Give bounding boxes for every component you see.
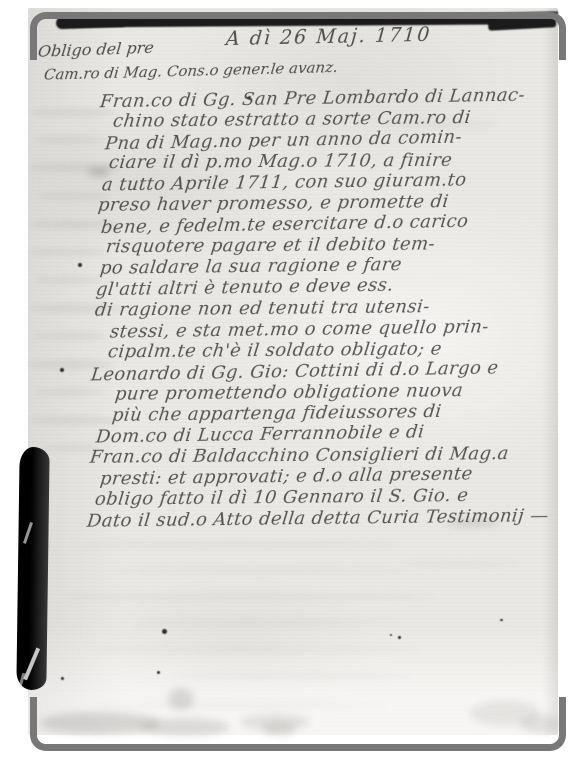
ghost-bleedthrough-mark (28, 416, 118, 425)
binding-mark (16, 447, 49, 690)
frame-bottom-bracket (30, 697, 566, 751)
ghost-bleedthrough-mark (34, 388, 104, 396)
ghost-bleedthrough-mark (140, 618, 400, 626)
ink-speck (60, 368, 64, 372)
ink-speck (162, 629, 167, 634)
ink-speck (248, 96, 251, 99)
ghost-bleedthrough-mark (60, 592, 440, 601)
ink-speck (157, 671, 160, 674)
ink-speck (390, 634, 392, 636)
ghost-bleedthrough-mark (170, 672, 410, 680)
ghost-bleedthrough-mark (110, 566, 410, 574)
document-scan: A dì 26 Maj. 1710 Obligo del pre Cam.ro … (0, 0, 575, 760)
frame-top-bracket (30, 12, 566, 60)
ghost-bleedthrough-mark (80, 645, 420, 654)
ink-speck (398, 636, 401, 639)
ghost-bleedthrough-mark (34, 276, 104, 284)
ghost-bleedthrough-mark (70, 540, 400, 549)
ghost-bleedthrough-mark (32, 332, 107, 340)
ink-speck (500, 619, 503, 621)
ink-speck (61, 677, 64, 680)
ghost-bleedthrough-mark (26, 248, 106, 256)
ghost-bleedthrough-mark (400, 560, 520, 568)
ink-speck (78, 263, 82, 267)
ghost-bleedthrough-mark (34, 136, 104, 144)
